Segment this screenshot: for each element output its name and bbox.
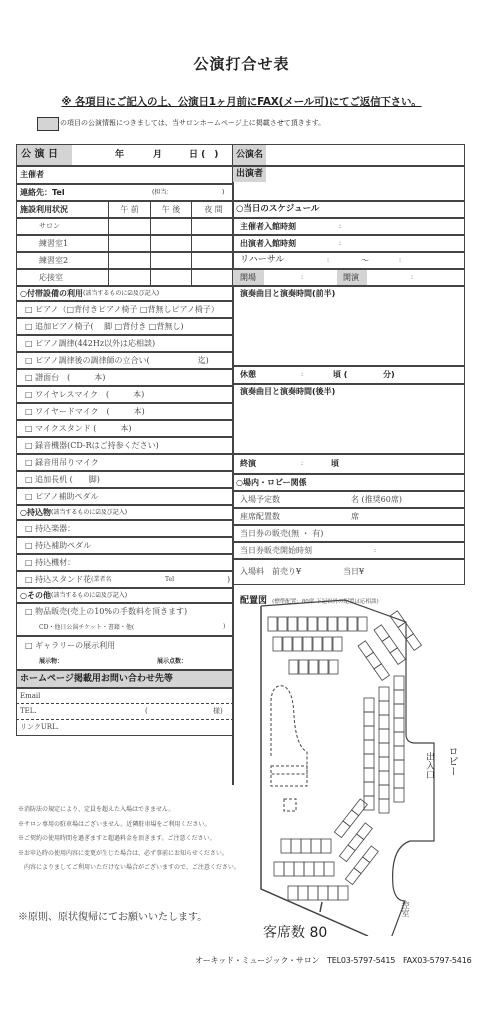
gallery-row[interactable]: □ ギャラリーの展示利用 展示物： 展示点数： (16, 636, 234, 670)
bring-in-item-label: □ 持込楽器： (17, 525, 75, 533)
bring-in-flowers[interactable]: □ 持込スタンド花 (業者名 Tel ) (16, 571, 234, 588)
goods-sales-close: ) (223, 624, 225, 630)
practice2-evening-cell[interactable] (191, 253, 234, 268)
equipment-item-label: □ ワイヤレスマイク ( 本) (17, 391, 144, 399)
expected-attendance-label: 入場予定数 (233, 496, 280, 504)
end-label: 終演 (233, 460, 256, 468)
submission-notice: ※ 各項目にご記入の上、公演日1ヶ月前にFAX(メール可)にてご返信下さい。 (0, 94, 483, 109)
link-label: リンクURL. (17, 724, 59, 731)
flower-tel-label: Tel (165, 577, 174, 583)
door-sales-row[interactable]: 当日券の販売(無 ・ 有) (232, 525, 465, 542)
equipment-item-pedal-aid[interactable]: □ ピアノ補助ペダル (16, 488, 234, 505)
tilde: ～ (361, 257, 369, 265)
equipment-heading-row: ○付帯設備の利用 (該当するものに☑及び記入) (16, 286, 234, 301)
intermission-minutes: 分) (383, 371, 395, 379)
equipment-item-piano[interactable]: □ ピアノ（□背付きピアノ椅子 □背無しピアノ椅子） (16, 301, 234, 318)
goods-sales-row[interactable]: □ 物品販売(売上の10%の手数料を頂きます) CD・他日公演チケット・書籍・他… (16, 603, 234, 636)
doors-open-label: 開場 (233, 270, 264, 285)
door-sales-start-label: 当日券販売開始時刻 (233, 547, 312, 555)
colon: : (301, 275, 303, 281)
date-month: 月 (153, 151, 162, 160)
equipment-item-tuning[interactable]: □ ピアノ調律(442Hz以外は応相談) (16, 335, 234, 352)
homepage-tel-field[interactable]: TEL. ( 様) (16, 704, 234, 720)
performance-name-label: 公演名 (233, 145, 266, 165)
program-first-label: 演奏曲目と演奏時間(前半) (233, 287, 335, 298)
door-sales-start-row[interactable]: 当日券販売開始時刻 : (232, 542, 465, 559)
practice2-morning-cell[interactable] (108, 253, 150, 268)
schedule-heading-row: ○当日のスケジュール (232, 201, 465, 218)
equipment-item-hanging-mic[interactable]: □ 録音用吊りマイク (16, 454, 234, 471)
performers-label: 出演者 (233, 167, 266, 182)
seat-count-suffix: 席 (351, 513, 359, 521)
equipment-item-label: □ ピアノ（□背付きピアノ椅子 □背無しピアノ椅子） (17, 306, 219, 314)
performer-arrival-label: 出演者入館時刻 (233, 240, 296, 248)
goods-sales-sub: CD・他日公演チケット・書籍・他( (17, 625, 134, 631)
colon: : (374, 548, 376, 554)
footnote: 内容によりましてご利用いただけない場合がございますので、ご注意ください。 (18, 861, 240, 876)
colon: : (301, 372, 303, 378)
bring-in-heading: ○持込物 (17, 509, 51, 517)
entrance-label: 出入口 (424, 752, 433, 779)
other-heading-row: ○その他 (該当するものに☑及び記入) (16, 588, 234, 603)
tel-paren: ( (145, 708, 148, 715)
form-title: 公演打合せ表 (0, 53, 483, 74)
show-start-label: 開演 (337, 270, 367, 285)
gallery-label: □ ギャラリーの展示利用 (17, 642, 115, 650)
intermission-approx: 頃 ( (333, 371, 347, 379)
other-heading: ○その他 (17, 592, 51, 600)
contact-row[interactable]: 連絡先：Tel (担当： ) (16, 184, 234, 201)
footnotes: ※消防法の規定により、定員を超えた入場はできません。 ※サロン専用の駐車場はござ… (18, 803, 240, 876)
equipment-item-extra-chair[interactable]: □ 追加ピアノ椅子( 脚 □背付き □背無し) (16, 318, 234, 335)
email-label: Email (17, 693, 40, 700)
salon-morning-cell[interactable] (108, 219, 150, 234)
restore-note: ※原則、原状復帰にてお願いいたします。 (18, 908, 207, 923)
equipment-item-label: □ 録音用吊りマイク (17, 459, 99, 467)
program-first-half[interactable]: 演奏曲目と演奏時間(前半) (232, 286, 465, 366)
reception-morning-cell[interactable] (108, 270, 150, 285)
facility-row-practice2[interactable]: 練習室2 (16, 252, 234, 269)
contact-label: 連絡先：Tel (17, 189, 65, 197)
doors-show-row[interactable]: 開場 : 開演 : (232, 269, 465, 286)
organizer-row[interactable]: 主催者 (16, 166, 234, 184)
venue-heading: ○場内・ロビー関係 (233, 479, 307, 487)
date-year: 年 (115, 151, 124, 160)
program-second-label: 演奏曲目と演奏時間(後半) (233, 385, 335, 396)
reception-afternoon-cell[interactable] (150, 270, 191, 285)
flower-close: ) (227, 576, 230, 584)
goods-sales-label: □ 物品販売(売上の10%の手数料を頂きます) (17, 608, 187, 616)
practice1-evening-cell[interactable] (191, 236, 234, 251)
equipment-item-label: □ ピアノ調律(442Hz以外は応相談) (17, 340, 155, 348)
practice2-afternoon-cell[interactable] (150, 253, 191, 268)
date-day: 日 ( ) (189, 151, 218, 160)
homepage-heading-row: ホームページ掲載用お問い合わせ先等 (16, 670, 234, 688)
admission-door-label: 当日¥ (343, 568, 364, 576)
equipment-item-label: □ ピアノ調律後の調律師の立合い( 迄) (17, 357, 209, 365)
facility-col-afternoon: 午 後 (150, 202, 191, 217)
performance-date-row[interactable]: 公 演 日 年 月 日 ( ) (16, 144, 234, 166)
homepage-email-field[interactable]: Email (16, 688, 234, 704)
equipment-item-label: □ ワイヤードマイク ( 本) (17, 408, 145, 416)
salon-evening-cell[interactable] (191, 219, 234, 234)
other-heading-note: (該当するものに☑及び記入) (51, 593, 127, 599)
footnote: ※消防法の規定により、定員を超えた入場はできません。 (18, 803, 240, 818)
lobby-label: ロビー (446, 746, 456, 776)
room-practice2: 練習室2 (17, 257, 68, 265)
facility-label: 施設利用状況 (17, 206, 68, 214)
equipment-item-label: □ 譜面台 ( 本) (17, 374, 105, 382)
bring-in-pedal[interactable]: □ 持込補助ペダル (16, 537, 234, 554)
equipment-item-recorder[interactable]: □ 録音機器(CD-Rはご持参ください) (16, 437, 234, 454)
bring-in-equipment[interactable]: □ 持込機材： (16, 554, 234, 571)
performers-row[interactable]: 出演者 (232, 166, 465, 201)
legend-text: の項目の公演情報につきましては、当サロンホームページ上に掲載させて頂きます。 (60, 118, 325, 128)
facility-col-morning: 午 前 (108, 202, 150, 217)
practice1-afternoon-cell[interactable] (150, 236, 191, 251)
contact-person-label: (担当： (152, 190, 172, 196)
end-approx: 頃 (331, 460, 339, 468)
legend-gray-swatch (37, 117, 59, 131)
bring-in-item-label: □ 持込補助ペダル (17, 542, 91, 550)
seat-count-row[interactable]: 座席配置数 席 (232, 508, 465, 525)
bring-in-item-label: □ 持込スタンド花 (17, 576, 91, 584)
practice1-morning-cell[interactable] (108, 236, 150, 251)
bring-in-instrument[interactable]: □ 持込楽器： (16, 520, 234, 537)
organizer-label: 主催者 (17, 171, 44, 179)
equipment-item-label: □ 録音機器(CD-Rはご持参ください) (17, 442, 159, 450)
footnote: ※ご契約の使用時間を過ぎますと超過料金を頂きます。ご注意ください。 (18, 832, 240, 847)
venue-contact-footer: オーキッド・ミュージック・サロン TEL03-5797-5415 FAX03-5… (195, 955, 471, 966)
end-time-row[interactable]: 終演 : 頃 (232, 454, 465, 474)
expected-attendance-suffix: 名 (推奨60席) (351, 496, 402, 504)
bring-in-heading-row: ○持込物 (該当するものに☑及び記入) (16, 505, 234, 520)
layout-area-border (232, 585, 234, 785)
organizer-arrival-row[interactable]: 主催者入館時刻 : (232, 218, 465, 235)
facility-row-salon[interactable]: サロン (16, 218, 234, 235)
equipment-item-label: □ 追加ピアノ椅子( 脚 □背付き □背無し) (17, 323, 183, 331)
colon: : (339, 224, 341, 230)
seat-count-label: 座席配置数 (233, 513, 280, 521)
homepage-link-field[interactable]: リンクURL. (16, 720, 234, 736)
reception-evening-cell[interactable] (191, 270, 234, 285)
footnote: ※お申込時の使用内容に変更が生じた場合は、必ず事前にお知らせください。 (18, 847, 240, 862)
facility-col-evening: 夜 間 (191, 202, 234, 217)
equipment-item-wired-mic[interactable]: □ ワイヤードマイク ( 本) (16, 403, 234, 420)
intermission-label: 休憩 (233, 371, 256, 379)
colon: : (327, 258, 329, 264)
admission-fee-row[interactable]: 入場料 前売り¥ 当日¥ (232, 559, 465, 585)
equipment-item-wireless-mic[interactable]: □ ワイヤレスマイク ( 本) (16, 386, 234, 403)
bring-in-heading-note: (該当するものに☑及び記入) (51, 510, 127, 516)
tel-label: TEL. (17, 708, 37, 715)
organizer-arrival-label: 主催者入館時刻 (233, 223, 296, 231)
colon: : (301, 461, 303, 467)
facility-header-row: 施設利用状況 午 前 午 後 夜 間 (16, 201, 234, 218)
performer-arrival-row[interactable]: 出演者入館時刻 : (232, 235, 465, 252)
performance-name-row[interactable]: 公演名 (232, 144, 465, 166)
equipment-heading-note: (該当するものに☑及び記入) (83, 291, 159, 297)
homepage-heading: ホームページ掲載用お問い合わせ先等 (17, 675, 173, 684)
equipment-item-music-stand[interactable]: □ 譜面台 ( 本) (16, 369, 234, 386)
rehearsal-row[interactable]: リハーサル : ～ : (232, 252, 465, 269)
contact-close: ) (222, 190, 224, 196)
schedule-heading: ○当日のスケジュール (233, 205, 319, 214)
rehearsal-label: リハーサル (233, 256, 284, 265)
green-room-label: 控室 (401, 901, 409, 917)
equipment-heading: ○付帯設備の利用 (17, 290, 83, 298)
exhibit-label: 展示物： (17, 659, 63, 665)
facility-row-practice1[interactable]: 練習室1 (16, 235, 234, 252)
colon: : (339, 241, 341, 247)
venue-heading-row: ○場内・ロビー関係 (232, 474, 465, 491)
room-reception: 応接室 (17, 274, 63, 282)
exhibit-count-label: 展示点数： (157, 659, 187, 665)
equipment-item-mic-stand[interactable]: □ マイクスタンド ( 本) (16, 420, 234, 437)
intermission-row[interactable]: 休憩 : 頃 ( 分) (232, 366, 465, 384)
facility-row-reception[interactable]: 応接室 (16, 269, 234, 286)
footnote: ※サロン専用の駐車場はございません。近隣駐車場をご利用ください。 (18, 818, 240, 833)
colon: : (399, 258, 401, 264)
equipment-item-label: □ 追加長机 ( 脚) (17, 476, 100, 484)
colon: : (411, 275, 413, 281)
bring-in-item-label: □ 持込機材： (17, 559, 75, 567)
equipment-item-label: □ ピアノ補助ペダル (17, 493, 98, 501)
equipment-item-label: □ マイクスタンド ( 本) (17, 425, 132, 433)
equipment-item-long-desk[interactable]: □ 追加長机 ( 脚) (16, 471, 234, 488)
equipment-item-tuner-attend[interactable]: □ ピアノ調律後の調律師の立合い( 迄) (16, 352, 234, 369)
tel-sama: 様) (213, 708, 223, 715)
performance-date-label: 公 演 日 (17, 145, 72, 165)
room-practice1: 練習室1 (17, 240, 68, 248)
room-salon: サロン (17, 223, 60, 230)
seat-capacity: 客席数 80 (263, 922, 327, 942)
door-sales-label: 当日券の販売(無 ・ 有) (233, 530, 323, 538)
salon-afternoon-cell[interactable] (150, 219, 191, 234)
program-second-half[interactable]: 演奏曲目と演奏時間(後半) (232, 384, 465, 454)
expected-attendance-row[interactable]: 入場予定数 名 (推奨60席) (232, 491, 465, 508)
admission-advance-label: 入場料 前売り¥ (233, 568, 301, 576)
flower-vendor-label: (業者名 (91, 577, 111, 583)
